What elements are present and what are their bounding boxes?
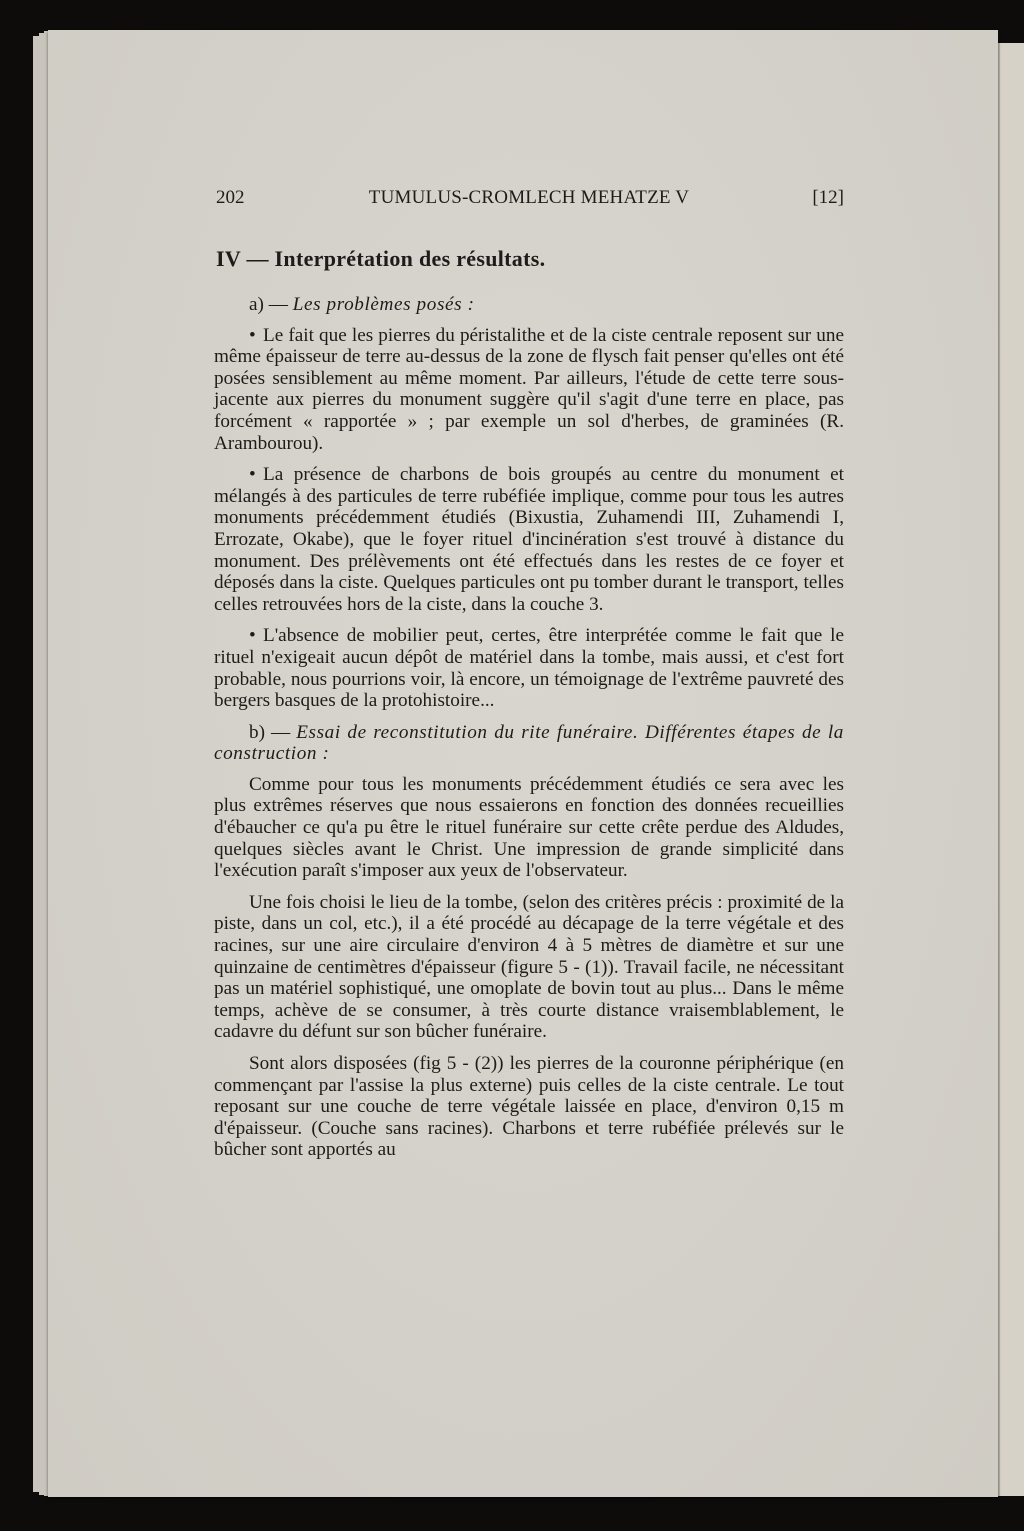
subsection-b-heading: b) — Essai de reconstitution du rite fun… — [214, 722, 844, 765]
subsection-b-title: Essai de reconstitution du rite funérair… — [214, 722, 844, 765]
adjacent-page-edge — [998, 43, 1024, 1496]
subsection-b-label: b) — — [249, 722, 296, 743]
bullet-icon: • — [249, 625, 263, 647]
body-paragraph: Sont alors disposées (fig 5 - (2)) les p… — [214, 1053, 844, 1161]
bullet-text: L'absence de mobilier peut, certes, être… — [214, 625, 844, 711]
section-heading: IV — Interprétation des résultats. — [216, 246, 545, 272]
body-paragraph: Une fois choisi le lieu de la tombe, (se… — [214, 892, 844, 1043]
running-title: TUMULUS-CROMLECH MEHATZE V — [214, 186, 844, 210]
bullet-icon: • — [249, 464, 263, 486]
bullet-text: La présence de charbons de bois groupés … — [214, 464, 844, 615]
book-page: 202 TUMULUS-CROMLECH MEHATZE V [12] IV —… — [48, 30, 998, 1497]
bullet-icon: • — [249, 325, 263, 347]
subsection-a-title: Les problèmes posés : — [293, 294, 475, 315]
bullet-text: Le fait que les pierres du péristalithe … — [214, 325, 844, 454]
section-ref: [12] — [812, 186, 844, 210]
subsection-a-label: a) — — [249, 294, 293, 315]
body-text: a) — Les problèmes posés : •Le fait que … — [214, 294, 844, 1171]
subsection-a-heading: a) — Les problèmes posés : — [214, 294, 844, 316]
bullet-paragraph: •Le fait que les pierres du péristalithe… — [214, 325, 844, 455]
body-paragraph: Comme pour tous les monuments précédemme… — [214, 774, 844, 882]
running-head: 202 TUMULUS-CROMLECH MEHATZE V [12] — [214, 186, 844, 210]
bullet-paragraph: •L'absence de mobilier peut, certes, êtr… — [214, 625, 844, 711]
bullet-paragraph: •La présence de charbons de bois groupés… — [214, 464, 844, 615]
